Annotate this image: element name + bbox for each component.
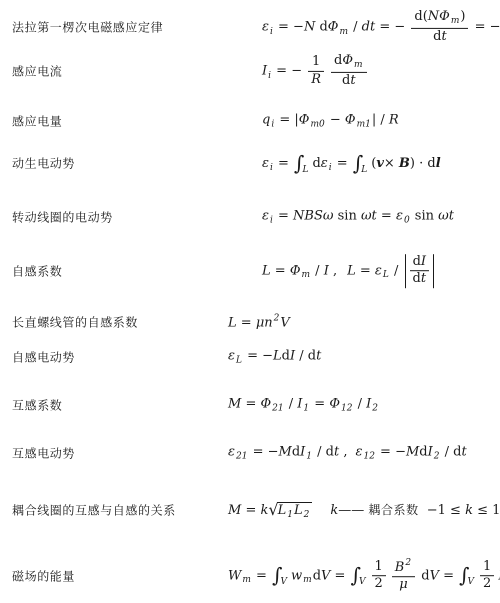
math-roman: —— [338,503,368,518]
math-italic: dt [362,20,376,35]
term-label: 法拉第一楞次电磁感应定律 [12,19,163,36]
math-roman: 1 [312,54,320,69]
math-roman: ) [460,9,465,24]
math-roman: = − [470,20,500,35]
math-subscript: i [270,27,273,37]
math-roman: / [353,397,366,412]
math-italic: ε [355,445,362,460]
fraction-numerator: 1 [372,560,386,576]
integral-bound: L [302,165,308,175]
math-subscript: L [383,271,389,281]
document-page: 法拉第一楞次电磁感应定律εi = −N dΦm / dt = − d(NΦm)d… [0,0,500,603]
math-italic: t [421,272,426,287]
math-roman: × [384,156,399,171]
math-vector: B [399,156,410,171]
fraction-denominator: dt [331,73,367,88]
integral-sign: ∫V [272,564,289,588]
radical: √L1L2 [268,500,312,520]
formula-math: εi = −N dΦm / dt = − d(NΦm)dt = − dψmdt [262,10,500,44]
formula-math: L = μn2V [228,314,290,331]
math-subscript: m [339,27,348,37]
math-subscript: 1 [287,510,293,520]
math-roman: / d [441,445,462,460]
math-italic: ε [375,264,382,279]
math-italic: Φ [342,53,353,68]
fraction-denominator: μ [392,578,415,593]
term-label: 互感系数 [12,397,62,414]
math-vector: l [436,156,441,171]
math-roman: sin [411,209,438,224]
math-italic: N [304,20,315,35]
math-roman: = [275,113,294,128]
math-roman: 2 [375,577,383,592]
fraction: 1R [308,55,324,87]
fraction-denominator: dt [411,29,468,44]
math-italic: μ [399,578,407,593]
math-subscript: m [451,16,460,26]
math-roman: d [313,569,321,584]
math-italic: L [294,503,303,518]
math-roman: / d [313,445,334,460]
math-roman: d [282,349,290,364]
math-italic: q [262,113,270,128]
formula-math: M = k√L1L2k—— 耦合系数−1 ≤ k ≤ 1 [228,500,500,520]
math-italic: ε [262,156,269,171]
math-italic: ε [228,445,235,460]
integral-sign: ∫V [459,564,476,588]
math-subscript: 1 [306,452,312,462]
math-italic: Φ [345,113,356,128]
math-italic: ε [262,20,269,35]
math-italic: Φ [290,264,301,279]
math-italic: k [465,503,473,518]
math-italic: M [406,445,419,460]
math-italic: M [228,503,241,518]
term-label: 长直螺线管的自感系数 [12,314,138,331]
fraction-numerator: dI [410,255,430,271]
math-italic: ε [396,209,403,224]
math-roman: / d [295,349,316,364]
math-roman: ) · d [410,156,436,171]
math-italic: V [430,569,439,584]
math-subscript: L [236,356,242,366]
math-italic: t [350,73,355,88]
math-subscript: i [270,216,273,226]
math-italic: L [228,316,237,331]
math-roman: 1 [375,559,383,574]
fraction-denominator: dt [410,272,430,287]
math-roman: 1 [483,559,491,574]
fraction: d(NΦm)dt [411,10,468,44]
math-roman: = [237,316,256,331]
formula-math: Wm = ∫VwmdV = ∫V12B2μ dV = ∫V12BHdV [228,559,500,593]
math-subscript: 21 [272,404,283,414]
math-roman: = [274,156,293,171]
fraction: 12 [372,560,386,592]
math-italic: μn [256,316,273,331]
radicand: L1L2 [277,502,313,520]
math-italic: ε [228,349,235,364]
math-roman: d [413,272,421,287]
term-label: 转动线圈的电动势 [12,209,113,226]
math-subscript: 2 [372,404,378,414]
math-roman: = [252,569,271,584]
math-italic: W [228,569,241,584]
math-italic: L [273,349,282,364]
term-label: 动生电动势 [12,155,75,172]
math-italic: ε [262,209,269,224]
fraction-numerator: dΦm [331,54,367,73]
integral-bound: V [468,578,475,588]
integral-bound: L [361,165,367,175]
integral-bound: V [359,578,366,588]
math-italic: Φ [260,397,271,412]
fraction-numerator: B2 [392,559,415,577]
math-italic: NBSω [293,209,333,224]
math-italic: k [260,503,268,518]
math-roman: = [274,209,293,224]
formula-math: εi = NBSω sin ωt = ε0 sin ωt [262,209,454,226]
math-roman: = [241,397,260,412]
math-roman: d [413,254,421,269]
math-italic: ε [321,156,328,171]
math-roman: sin [333,209,360,224]
term-label: 磁场的能量 [12,568,75,585]
math-roman: d [315,20,327,35]
term-label: 耦合线圈的互感与自感的关系 [12,502,176,519]
fraction-denominator: R [308,72,324,87]
math-roman: = [271,264,290,279]
math-subscript: m [242,576,251,586]
math-roman: = [333,156,352,171]
math-italic: M [279,445,292,460]
math-italic: L [278,503,287,518]
math-subscript: m1 [357,120,371,130]
math-subscript: m [354,60,363,70]
math-vector: v [376,156,384,171]
fraction: B2μ [392,559,415,593]
math-italic: I [297,397,302,412]
math-subscript: i [270,163,273,173]
math-roman: = − [272,64,306,79]
term-label: 感应电流 [12,63,62,80]
math-subscript: m0 [310,120,324,130]
formula-math: εi = ∫Ldεi = ∫L(v× B) · dl [262,151,441,175]
math-italic: V [321,569,330,584]
formula-math: qi = |Φm0 − Φm1| / R [262,113,399,130]
math-roman: = − [375,20,409,35]
fraction-denominator: 2 [372,577,386,592]
math-roman: / [376,113,389,128]
math-roman: d( [414,9,427,24]
formula-math: Ii = − 1RdΦmdt [262,54,369,88]
math-roman: 2 [483,577,491,592]
math-roman: = [356,264,375,279]
math-italic: ωt [438,209,454,224]
math-roman: −1 ≤ [427,503,465,518]
math-subscript: m [301,271,310,281]
math-subscript: 12 [341,404,352,414]
term-label: 自感系数 [12,263,62,280]
math-italic: t [441,29,446,44]
fraction-numerator: 1 [308,55,324,71]
integral-sign: ∫L [353,151,369,175]
math-italic: I [421,254,426,269]
math-roman: = − [376,445,406,460]
math-roman: = [439,569,458,584]
math-superscript: 2 [274,314,280,324]
math-roman: / [311,264,324,279]
math-italic: I [300,445,305,460]
math-roman: / [285,397,298,412]
math-italic: NΦ [428,9,450,24]
integral-sign: ∫V [351,564,368,588]
math-roman: = − [243,349,273,364]
math-roman: = [310,397,329,412]
absolute-value-content: Φm0 − Φm1 [299,113,372,128]
math-italic: R [389,113,399,128]
formula-math: εL = −LdI / dt [228,349,321,366]
math-roman: / [349,20,362,35]
formula-math: L = Φm / I ,L = εL / dIdt [262,254,434,288]
math-italic: Φ [299,113,310,128]
math-italic: V [280,316,289,331]
math-subscript: 0 [404,216,410,226]
math-italic: I [262,64,267,79]
math-roman: = [377,209,396,224]
math-italic: I [428,445,433,460]
term-label: 自感电动势 [12,349,75,366]
formula-math: ε21 = −MdI1 / dt ,ε12 = −MdI2 / dt [228,445,467,462]
math-superscript: 2 [405,558,411,568]
math-italic: L [347,264,356,279]
math-subscript: 12 [363,452,374,462]
math-roman: , [329,264,337,279]
math-italic: Φ [328,20,339,35]
math-subscript: 2 [304,510,310,520]
math-subscript: 21 [236,452,247,462]
math-subscript: 2 [434,452,440,462]
math-roman: = [241,503,260,518]
math-italic: t [316,349,321,364]
term-label: 互感电动势 [12,445,75,462]
math-roman: = [330,569,349,584]
math-subscript: i [271,120,274,130]
math-roman: d [292,445,300,460]
formula-math: M = Φ21 / I1 = Φ12 / I2 [228,397,379,414]
math-roman: ≤ 1 [473,503,500,518]
math-italic: t [461,445,466,460]
absolute-value: dIdt [405,254,435,288]
math-subscript: i [268,71,271,81]
math-italic: I [366,397,371,412]
math-italic: M [228,397,241,412]
math-subscript: 1 [303,404,309,414]
fraction-numerator: d(NΦm) [411,10,468,29]
math-subscript: m [303,576,312,586]
absolute-value: |Φm0 − Φm1| [294,113,376,128]
math-roman: d [312,156,320,171]
math-italic: L [262,264,271,279]
math-italic: B [395,560,405,575]
formula-cjk-text: 耦合系数 [368,503,418,517]
math-roman: d [419,445,427,460]
term-label: 感应电量 [12,113,62,130]
math-roman: / [390,264,403,279]
integral-sign: ∫L [294,151,310,175]
math-subscript: i [329,163,332,173]
fraction: dΦmdt [331,54,367,88]
fraction-denominator: 2 [480,577,494,592]
math-italic: Φ [329,397,340,412]
math-roman: − [326,113,345,128]
fraction: dIdt [410,255,430,287]
math-roman: d [417,569,429,584]
math-roman: = − [248,445,278,460]
math-italic: w [291,569,302,584]
math-roman: = − [274,20,304,35]
math-roman: , [339,445,347,460]
integral-bound: V [281,578,288,588]
fraction-numerator: 1 [480,560,494,576]
math-italic: ωt [361,209,377,224]
fraction: 12 [480,560,494,592]
math-italic: R [311,72,321,87]
